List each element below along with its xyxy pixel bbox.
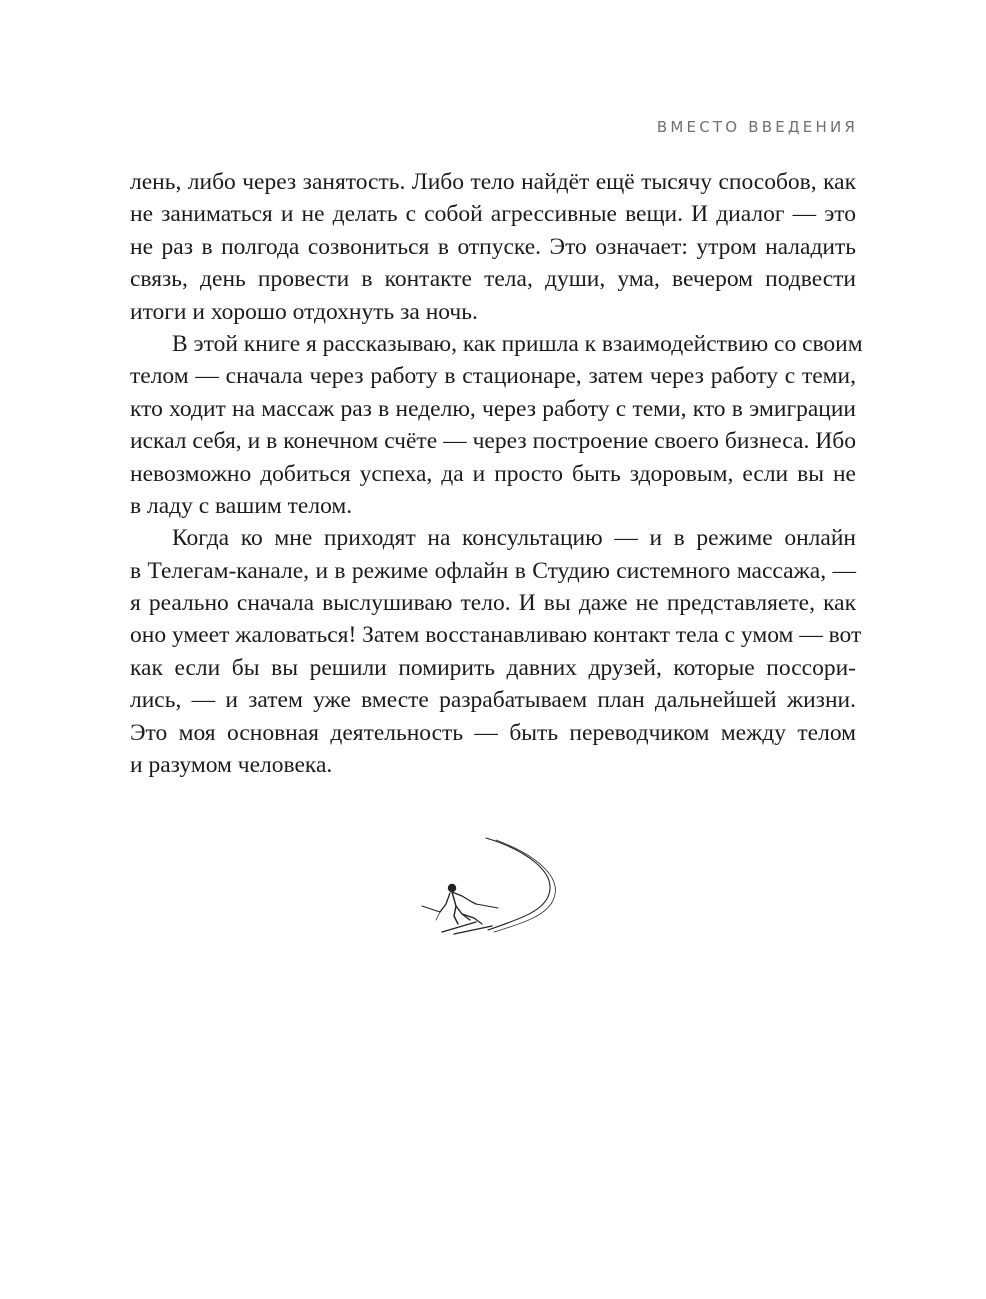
text-line: не заниматься и не делать с собой агресс… bbox=[130, 198, 856, 230]
text-line: невозможно добиться успеха, да и просто … bbox=[130, 458, 856, 490]
text-line: не раз в полгода созвониться в отпуске. … bbox=[130, 231, 856, 263]
text-line: кто ходит на массаж раз в неделю, через … bbox=[130, 393, 856, 425]
skier-illustration-icon bbox=[416, 832, 566, 936]
text-line: лись, — и затем уже вместе разрабатываем… bbox=[130, 684, 856, 716]
text-line: я реально сначала выслушиваю тело. И вы … bbox=[130, 587, 856, 619]
text-line: В этой книге я рассказываю, как пришла к… bbox=[130, 328, 856, 360]
body-text: лень, либо через занятость. Либо тело на… bbox=[130, 166, 856, 781]
text-line: итоги и хорошо отдохнуть за ночь. bbox=[130, 296, 856, 328]
text-line: и разумом человека. bbox=[130, 749, 856, 781]
text-line: Это моя основная деятельность — быть пер… bbox=[130, 717, 856, 749]
paragraph-3: Когда ко мне приходят на консультацию — … bbox=[130, 522, 856, 781]
text-line: лень, либо через занятость. Либо тело на… bbox=[130, 166, 856, 198]
text-line: в ладу с вашим телом. bbox=[130, 490, 856, 522]
text-line: искал себя, и в конечном счёте — через п… bbox=[130, 425, 856, 457]
paragraph-1: лень, либо через занятость. Либо тело на… bbox=[130, 166, 856, 328]
text-line: как если бы вы решили помирить давних др… bbox=[130, 652, 856, 684]
text-line: связь, день провести в контакте тела, ду… bbox=[130, 263, 856, 295]
text-line: Когда ко мне приходят на консультацию — … bbox=[130, 522, 856, 554]
paragraph-2: В этой книге я рассказываю, как пришла к… bbox=[130, 328, 856, 522]
text-line: телом — сначала через работу в стационар… bbox=[130, 360, 856, 392]
running-head: ВМЕСТО ВВЕДЕНИЯ bbox=[657, 118, 858, 136]
text-line: оно умеет жаловаться! Затем восстанавлив… bbox=[130, 619, 856, 651]
text-line: в Телегам-канале, и в режиме офлайн в Ст… bbox=[130, 555, 856, 587]
